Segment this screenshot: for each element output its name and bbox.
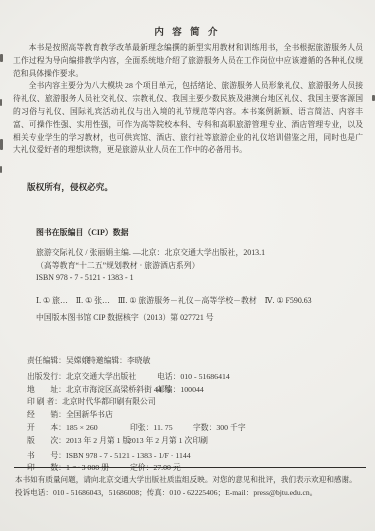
summary-paragraph-1: 本书是按照高等教育教学改革最新理念编撰的新型实用教材和训练用书，全书根据旅游服务… xyxy=(13,42,363,80)
complaint-contact-line: 投诉电话：010 - 51686043，51686008；传真：010 - 62… xyxy=(15,487,366,500)
publisher-phone: 电话：010 - 51686414 xyxy=(157,371,230,384)
imprint-row-distributor: 经 销：全国新华书店 xyxy=(27,409,365,422)
postal-code: 邮编：100044 xyxy=(157,384,204,397)
cip-series-line: （高等教育“十二五”规划教材 · 旅游酒店系列） xyxy=(36,260,351,273)
content-summary-body: 本书是按照高等教育教学改革最新理念编撰的新型实用教材和训练用书，全书根据旅游服务… xyxy=(13,42,363,157)
imprint-row-format: 开 本：185 × 260 印张：11. 75 字数：300 千字 xyxy=(27,422,365,435)
printer: 印 刷 者：北京时代华都印刷有限公司 xyxy=(27,397,156,406)
responsible-editor: 责任编辑：吴嫦娥 xyxy=(27,356,89,365)
scan-artifact xyxy=(0,54,3,62)
content-summary-title: 内 容 简 介 xyxy=(0,24,375,38)
publisher: 出版发行：北京交通大学出版社 xyxy=(27,372,136,381)
imprint-row-editors: 责任编辑：吴嫦娥 特邀编辑：李晓敏 xyxy=(27,355,365,368)
imprint-block: 责任编辑：吴嫦娥 特邀编辑：李晓敏 出版发行：北京交通大学出版社 电话：010 … xyxy=(27,355,365,475)
cip-isbn-line: ISBN 978 - 7 - 5121 - 1383 - 1 xyxy=(36,272,351,285)
summary-paragraph-2: 全书内容主要分为八大模块 28 个项目单元，包括绪论、旅游服务人员形象礼仪、旅游… xyxy=(13,80,363,157)
cip-classification-line: Ⅰ. ① 旅… Ⅱ. ① 张… Ⅲ. ① 旅游服务－礼仪－高等学校－教材 Ⅳ. … xyxy=(36,295,351,308)
imprint-row-address: 地 址：北京市海淀区高梁桥斜街 44 号 邮编：100044 xyxy=(27,384,365,397)
imprint-row-isbn: 书 号：ISBN 978 - 7 - 5121 - 1383 - 1/F · 1… xyxy=(27,450,365,463)
cip-heading: 图书在版编目（CIP）数据 xyxy=(36,227,351,240)
quality-note-line: 本书如有质量问题，请向北京交通大学出版社质监组反映。对您的意见和批评，我们表示欢… xyxy=(15,474,366,487)
printing: 2013 年 2 月第 1 次印刷 xyxy=(128,435,208,448)
book-format: 开 本：185 × 260 xyxy=(27,423,98,432)
imprint-row-publisher: 出版发行：北京交通大学出版社 电话：010 - 51686414 xyxy=(27,371,365,384)
scan-artifact xyxy=(0,166,2,173)
cip-title-line: 旅游交际礼仪 / 张丽娟主编. —北京：北京交通大学出版社，2013.1 xyxy=(36,247,351,260)
book-copyright-page: 内 容 简 介 本书是按照高等教育教学改革最新理念编撰的新型实用教材和训练用书，… xyxy=(0,0,375,531)
cip-record-number-line: 中国版本图书馆 CIP 数据核字（2013）第 027721 号 xyxy=(36,312,351,325)
divider-rule xyxy=(14,467,366,468)
cip-block: 图书在版编目（CIP）数据 旅游交际礼仪 / 张丽娟主编. —北京：北京交通大学… xyxy=(36,227,351,325)
publisher-address: 地 址：北京市海淀区高梁桥斜街 44 号 xyxy=(27,385,171,394)
distributor: 经 销：全国新华书店 xyxy=(27,410,113,419)
scan-artifact xyxy=(0,99,2,106)
book-number: 书 号：ISBN 978 - 7 - 5121 - 1383 - 1/F · 1… xyxy=(27,451,191,460)
edition: 版 次：2013 年 2 月第 1 版 xyxy=(27,436,130,445)
imprint-row-printer: 印 刷 者：北京时代华都印刷有限公司 xyxy=(27,396,365,409)
word-count: 字数：300 千字 xyxy=(193,422,246,435)
printed-sheets: 印张：11. 75 xyxy=(130,422,173,435)
copyright-notice: 版权所有，侵权必究。 xyxy=(27,181,113,193)
imprint-row-edition: 版 次：2013 年 2 月第 1 版 2013 年 2 月第 1 次印刷 xyxy=(27,435,365,448)
invited-editor: 特邀编辑：李晓敏 xyxy=(88,355,150,368)
quality-footer: 本书如有质量问题，请向北京交通大学出版社质监组反映。对您的意见和批评，我们表示欢… xyxy=(15,474,366,499)
scan-artifact xyxy=(0,139,3,150)
